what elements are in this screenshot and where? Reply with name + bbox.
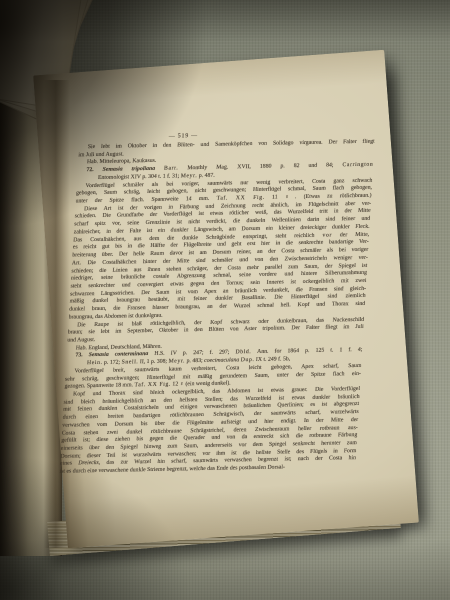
text-segment: vor xyxy=(322,232,332,238)
text-segment: Taf. XX Fig. xyxy=(134,382,171,389)
text-segment: Snell. xyxy=(121,359,138,365)
page-text-block: — 519 — Sie lebt im Oktober in den Blüte… xyxy=(59,129,375,477)
text-segment: IX t. 249 f. 5b, xyxy=(254,356,290,363)
text-segment: H.S. IV p. 247; f. 297; xyxy=(148,350,236,358)
book-page: — 519 — Sie lebt im Oktober in den Blüte… xyxy=(33,50,419,549)
text-segment: braungrau, das Abdomen ist dunkelgrau. xyxy=(68,313,162,321)
text-segment: Dup. xyxy=(240,357,254,363)
text-segment: 72. xyxy=(86,167,103,173)
text-segment: p. 172; xyxy=(102,360,121,366)
text-segment xyxy=(155,166,164,172)
text-segment: 12 ♀ (ein wenig dunkel). xyxy=(171,381,231,388)
text-segment: Ann. for 1864 p. 125 t. 1 f. 4; xyxy=(251,347,362,355)
text-segment: der Mitte, xyxy=(332,231,370,238)
text-segment: Dreiecks xyxy=(78,460,99,466)
text-segment: Dbld. xyxy=(235,349,251,355)
text-segment: coecimaculana xyxy=(204,357,239,364)
text-segment: p. 483; xyxy=(185,358,204,364)
text-segment: Carrington xyxy=(342,162,373,169)
text-segment: Hab. Mitteleuropa, Kaukasus. xyxy=(87,158,157,165)
text-segment: Meyr. xyxy=(181,173,198,179)
text-segment: 11 ♀. (Etwas zu rötlichbraun.) xyxy=(265,193,372,201)
text-segment: gezogen. Spannweite 18 mm. xyxy=(64,383,134,390)
text-lines: Sie lebt im Oktober in den Blüten- und S… xyxy=(59,139,375,477)
text-segment: Barr. xyxy=(164,166,179,172)
species-name: Semasia tripoliana xyxy=(102,166,155,173)
text-segment: Hab. England, Deutschland, Mähren. xyxy=(76,343,162,351)
text-segment: p. 487. xyxy=(197,173,215,179)
text-segment: II, 1 p. 308; xyxy=(138,359,168,366)
text-segment: Meyr. xyxy=(168,358,185,364)
text-segment: Entomologist XIV p. 304 t. 1 f. 31; xyxy=(98,173,181,181)
species-name: Semasia conterminana xyxy=(89,351,149,358)
text-segment: im Juli und August. xyxy=(78,151,124,158)
text-segment: Hein. xyxy=(87,360,103,366)
text-segment: Taf. XX Fig. xyxy=(216,195,264,202)
text-segment: 73. xyxy=(75,353,89,359)
book-photo: — 519 — Sie lebt im Oktober in den Blüte… xyxy=(0,0,450,600)
text-segment: eines xyxy=(60,461,79,467)
text-segment: und August. xyxy=(67,337,95,344)
